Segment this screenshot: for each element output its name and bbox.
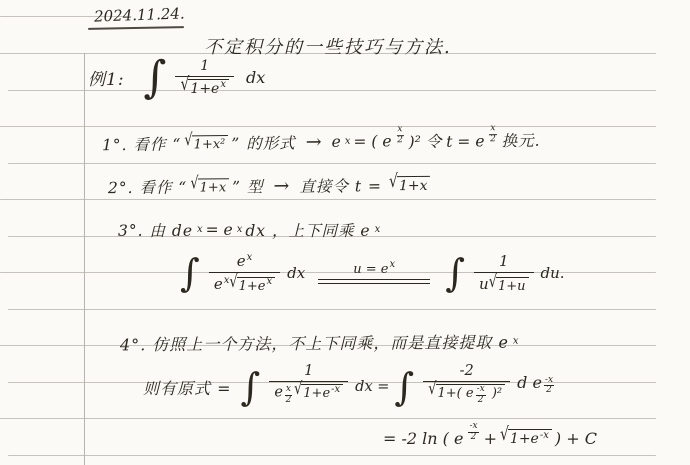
radical-icon: √ xyxy=(184,130,193,150)
integral-icon: ∫ xyxy=(445,257,465,289)
math-text: e xyxy=(332,133,341,151)
step-2-after-pattern: ” 型 xyxy=(232,175,264,197)
radical: √ 1+x xyxy=(389,176,431,194)
math-text: d e xyxy=(517,373,542,392)
step-4-then: 则有原式 = xyxy=(143,376,232,399)
differential: d e-x2 xyxy=(517,373,556,403)
step-3: 3°. 由 dex = ex dx ，上下同乘 ex xyxy=(118,219,380,241)
denominator: ex2√1+e-x xyxy=(269,381,348,411)
math-text: u = e xyxy=(353,262,388,277)
radical: √1+ex xyxy=(229,277,275,294)
radical: √ 1+e-x xyxy=(500,429,552,447)
step-4-formula: 则有原式 = ∫ 1 ex2√1+e-x dx = ∫ -2 √1+( e-x2… xyxy=(143,363,556,412)
substitution-transition: u = ex xyxy=(318,262,430,284)
radical: √1+u xyxy=(489,277,529,294)
integral-icon: ∫ xyxy=(241,371,261,403)
radicand-text: 1+( e xyxy=(438,386,474,401)
ruled-line xyxy=(8,309,656,310)
step-2: 2°. 看作 “ √ 1+x ” 型 → 直接令 t = √ 1+x xyxy=(108,174,431,198)
radical-icon: √ xyxy=(180,74,189,95)
step-3-lead: 3°. 由 de xyxy=(118,219,193,241)
step-3-mid: dx ，上下同乘 e xyxy=(245,219,370,241)
arrow-icon: → xyxy=(306,131,322,153)
math-text: = e xyxy=(206,221,233,239)
integral-icon: ∫ xyxy=(144,59,167,96)
radical-icon: √ xyxy=(489,272,497,292)
ruled-line xyxy=(0,199,656,200)
integral-icon: ∫ xyxy=(180,257,200,289)
radicand: 1+ex xyxy=(237,277,276,294)
transition-line xyxy=(318,279,430,284)
radical-icon: √ xyxy=(294,380,302,400)
radicand: 1+e-x xyxy=(301,384,343,401)
radical-icon: √ xyxy=(389,171,398,192)
step-1: 1°. 看作 “ √ 1+x² ” 的形式 → ex = ( ex2 )² 令 … xyxy=(102,129,541,156)
numerator: ex xyxy=(232,252,258,272)
radicand: 1+u xyxy=(496,277,529,294)
exponent: x xyxy=(220,79,226,90)
radical-icon: √ xyxy=(428,380,436,400)
integral-icon: ∫ xyxy=(394,371,414,403)
radical-icon: √ xyxy=(190,173,198,193)
exponent-fraction: x2 xyxy=(396,125,403,146)
exponent: x xyxy=(267,276,273,287)
exponent-fraction: -x2 xyxy=(544,376,554,397)
example-label: 例1: xyxy=(88,65,125,90)
result-lead: = -2 ln ( e xyxy=(383,429,463,448)
radicand: 1+x² xyxy=(192,134,229,151)
differential: du. xyxy=(541,264,565,282)
math-text: u xyxy=(479,275,489,293)
fraction: 1 √ 1+ex xyxy=(175,58,234,97)
radicand-text: 1+e xyxy=(510,431,539,447)
exponent: -x xyxy=(331,384,340,395)
numerator: -2 xyxy=(455,363,479,381)
exponent: x xyxy=(247,252,253,263)
radicand: 1+ex xyxy=(188,79,229,97)
step-4: 4°. 仿照上一个方法，不上下同乘，而是直接提取 ex xyxy=(120,330,519,356)
radical: √1+( e-x2 )² xyxy=(428,384,505,412)
radicand-text: 1+e xyxy=(239,279,266,294)
step-1-after-pattern: ” 的形式 xyxy=(231,131,296,154)
radical-icon: √ xyxy=(500,425,509,446)
fraction: 1 ex2√1+e-x xyxy=(269,363,348,411)
ruled-line xyxy=(0,418,656,419)
numerator: 1 xyxy=(195,58,214,76)
exponent-fraction: x2 xyxy=(285,385,292,406)
exponent: -x xyxy=(540,430,549,441)
step-1-lead: 1°. 看作 “ xyxy=(102,132,182,155)
radicand: 1+x xyxy=(397,176,431,194)
radical: √1+e-x xyxy=(294,384,343,401)
plus-sign: + xyxy=(484,429,497,448)
step-1-tail: 换元. xyxy=(501,129,540,151)
math-text: e xyxy=(237,252,246,270)
denominator: √ 1+ex xyxy=(175,76,234,97)
exponent-fraction: -x2 xyxy=(476,385,486,406)
math-text: = ( e xyxy=(353,132,391,150)
math-text: )² 令 t = e xyxy=(408,129,484,152)
radical: √ 1+x² xyxy=(184,134,228,151)
radical: √ 1+x xyxy=(190,178,229,195)
differential: dx xyxy=(287,264,305,282)
arrow-icon: → xyxy=(273,175,289,197)
date: 2024.11.24. xyxy=(94,4,185,25)
step-3-formula: ∫ ex ex√1+ex dx u = ex ∫ 1 u√1+u du. xyxy=(178,252,565,294)
radicand-text: )² xyxy=(488,386,502,401)
step-4-lead: 4°. 仿照上一个方法，不上下同乘，而是直接提取 e xyxy=(120,330,509,356)
substitution-label: u = ex xyxy=(353,262,395,277)
radicand-text: 1+e xyxy=(303,386,330,401)
differential: dx = xyxy=(355,379,389,395)
fraction: -2 √1+( e-x2 )² xyxy=(423,363,510,412)
radicand: 1+x xyxy=(198,178,230,195)
margin-line xyxy=(84,53,85,465)
page-title: 不定积分的一些技巧与方法. xyxy=(204,33,452,59)
math-text: e xyxy=(274,385,283,401)
denominator: √1+( e-x2 )² xyxy=(423,381,510,412)
exponent-fraction: x2 xyxy=(489,124,496,145)
ruled-line xyxy=(8,455,656,456)
radicand: 1+( e-x2 )² xyxy=(436,384,506,412)
fraction: 1 u√1+u xyxy=(474,252,534,294)
example-1: 例1: ∫ 1 √ 1+ex dx xyxy=(88,58,265,97)
radicand-text: 1+e xyxy=(190,81,219,97)
numerator: 1 xyxy=(494,252,514,272)
denominator: u√1+u xyxy=(474,272,534,294)
step-2-lead: 2°. 看作 “ xyxy=(108,176,187,199)
exponent-fraction: -x2 xyxy=(468,422,478,443)
result: = -2 ln ( e-x2 + √ 1+e-x ) + C xyxy=(383,428,597,449)
result-tail: ) + C xyxy=(555,429,597,448)
ruled-line xyxy=(8,163,656,164)
notebook-page: { "symbols": { "integral": "∫", "arrow":… xyxy=(0,0,690,465)
exponent: x xyxy=(390,259,396,270)
ruled-line xyxy=(0,126,656,127)
step-2-mid: 直接令 t = xyxy=(299,174,382,197)
denominator: ex√1+ex xyxy=(209,272,280,294)
radical: √ 1+ex xyxy=(180,79,229,97)
radicand: 1+e-x xyxy=(508,429,552,447)
date-underline xyxy=(88,26,184,30)
math-text: e xyxy=(214,275,223,293)
radical-icon: √ xyxy=(229,272,237,292)
differential: dx xyxy=(246,68,265,87)
fraction: ex ex√1+ex xyxy=(209,252,280,294)
